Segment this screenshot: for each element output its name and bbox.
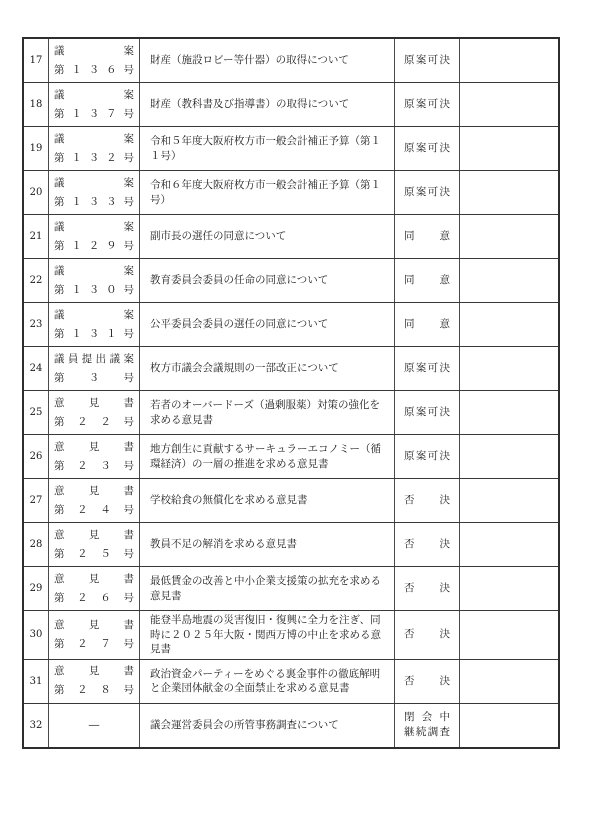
case-number-cell: 意見書 第２８号: [49, 660, 140, 703]
case-number-cell: 議案 第１３１号: [49, 303, 140, 346]
case-number-cell: ―: [49, 704, 140, 747]
agenda-title-cell: 最低賃金の改善と中小企業支援策の拡充を求める意見書: [140, 567, 395, 610]
row-number-cell: 25: [24, 391, 49, 434]
case-number-cell: 議員提出議案 第３号: [49, 347, 140, 390]
notes-cell-empty: [460, 611, 558, 659]
result-label-line1: 否決: [404, 493, 450, 508]
case-number-cell: 議案 第１３７号: [49, 83, 140, 126]
case-type-label: ―: [54, 716, 134, 735]
case-number-box: 議員提出議案 第３号: [54, 350, 134, 388]
row-number-cell: 19: [24, 127, 49, 170]
agenda-title: 公平委員会委員の選任の同意について: [150, 317, 384, 332]
case-number-box: 議案 第１３６号: [54, 42, 134, 80]
case-number-label: 第２５号: [54, 545, 134, 564]
result-box: 否決: [404, 581, 450, 596]
row-number-cell: 32: [24, 704, 49, 747]
case-number-cell: 議案 第１３３号: [49, 171, 140, 214]
case-number-cell: 意見書 第２４号: [49, 479, 140, 522]
table-row: 22 議案 第１３０号 教育委員会委員の任命の同意について 同意: [24, 259, 558, 303]
row-number: 27: [30, 495, 43, 506]
notes-cell-empty: [460, 391, 558, 434]
result-label-line1: 同意: [404, 317, 450, 332]
table-row: 17 議案 第１３６号 財産（施設ロビー等什器）の取得について 原案可決: [24, 39, 558, 83]
case-number-label: 第１３３号: [54, 193, 134, 212]
case-number-cell: 意見書 第２６号: [49, 567, 140, 610]
agenda-title-cell: 能登半島地震の災害復旧・復興に全力を注ぎ、同時に２０２５年大阪・関西万博の中止を…: [140, 611, 395, 659]
case-type-label: 議案: [54, 262, 134, 281]
table-row: 26 意見書 第２３号 地方創生に貢献するサーキュラーエコノミー（循環経済）の一…: [24, 435, 558, 479]
row-number-cell: 18: [24, 83, 49, 126]
case-type-label: 議案: [54, 218, 134, 237]
result-box: 同意: [404, 229, 450, 244]
agenda-title-cell: 地方創生に貢献するサーキュラーエコノミー（循環経済）の一層の推進を求める意見書: [140, 435, 395, 478]
result-cell: 否決: [395, 611, 460, 659]
agenda-title: 議会運営委員会の所管事務調査について: [150, 718, 384, 733]
notes-cell-empty: [460, 435, 558, 478]
case-type-label: 意見書: [54, 482, 134, 501]
agenda-title-cell: 令和５年度大阪府枚方市一般会計補正予算（第１１号）: [140, 127, 395, 170]
document-page: 17 議案 第１３６号 財産（施設ロビー等什器）の取得について 原案可決 18 …: [0, 0, 591, 830]
case-number-label: 第３号: [54, 369, 134, 388]
case-number-box: 議案 第１２９号: [54, 218, 134, 256]
table-row: 31 意見書 第２８号 政治資金パーティーをめぐる裏金事件の徹底解明と企業団体献…: [24, 660, 558, 704]
agenda-title-cell: 若者のオーバードーズ（過剰服薬）対策の強化を求める意見書: [140, 391, 395, 434]
notes-cell-empty: [460, 347, 558, 390]
result-label-line1: 原案可決: [404, 405, 450, 420]
result-box: 原案可決: [404, 185, 450, 200]
result-label-line2: 継続調査: [404, 725, 450, 740]
result-label-line1: 否決: [404, 581, 450, 596]
result-cell: 原案可決: [395, 83, 460, 126]
result-cell: 原案可決: [395, 347, 460, 390]
row-number: 26: [30, 451, 43, 462]
case-number-box: 議案 第１３２号: [54, 130, 134, 168]
row-number: 18: [30, 99, 43, 110]
row-number: 30: [30, 629, 43, 640]
table-row: 18 議案 第１３７号 財産（教科書及び指導書）の取得について 原案可決: [24, 83, 558, 127]
row-number: 31: [30, 676, 43, 687]
notes-cell-empty: [460, 39, 558, 82]
result-label-line1: 原案可決: [404, 97, 450, 112]
agenda-title: 財産（施設ロビー等什器）の取得について: [150, 53, 384, 68]
agenda-title: 枚方市議会会議規則の一部改正について: [150, 361, 384, 376]
result-box: 閉会中 継続調査: [404, 710, 450, 740]
result-label-line1: 原案可決: [404, 141, 450, 156]
case-number-box: 議案 第１３３号: [54, 174, 134, 212]
row-number: 24: [30, 363, 43, 374]
result-cell: 原案可決: [395, 435, 460, 478]
agenda-title: 教員不足の解消を求める意見書: [150, 537, 384, 552]
row-number: 19: [30, 143, 43, 154]
row-number-cell: 31: [24, 660, 49, 703]
case-type-label: 意見書: [54, 526, 134, 545]
agenda-title-cell: 副市長の選任の同意について: [140, 215, 395, 258]
case-number-box: 議案 第１３０号: [54, 262, 134, 300]
result-cell: 否決: [395, 567, 460, 610]
table-row: 19 議案 第１３２号 令和５年度大阪府枚方市一般会計補正予算（第１１号） 原案…: [24, 127, 558, 171]
case-number-cell: 意見書 第２２号: [49, 391, 140, 434]
case-number-label: 第２４号: [54, 501, 134, 520]
case-number-box: 意見書 第２２号: [54, 394, 134, 432]
result-label-line1: 原案可決: [404, 185, 450, 200]
case-type-label: 議案: [54, 306, 134, 325]
agenda-title-cell: 令和６年度大阪府枚方市一般会計補正予算（第１号）: [140, 171, 395, 214]
row-number-cell: 30: [24, 611, 49, 659]
result-label-line1: 同意: [404, 273, 450, 288]
case-number-label: 第１３７号: [54, 105, 134, 124]
row-number-cell: 17: [24, 39, 49, 82]
notes-cell-empty: [460, 259, 558, 302]
notes-cell-empty: [460, 567, 558, 610]
result-box: 原案可決: [404, 97, 450, 112]
result-cell: 同意: [395, 215, 460, 258]
agenda-title: 教育委員会委員の任命の同意について: [150, 273, 384, 288]
case-number-cell: 意見書 第２５号: [49, 523, 140, 566]
case-number-box: 意見書 第２７号: [54, 616, 134, 654]
agenda-title-cell: 公平委員会委員の選任の同意について: [140, 303, 395, 346]
result-box: 同意: [404, 273, 450, 288]
agenda-title: 令和６年度大阪府枚方市一般会計補正予算（第１号）: [150, 178, 384, 207]
case-type-label: 議案: [54, 86, 134, 105]
case-number-label: 第２８号: [54, 681, 134, 700]
agenda-title: 学校給食の無償化を求める意見書: [150, 493, 384, 508]
agenda-title-cell: 学校給食の無償化を求める意見書: [140, 479, 395, 522]
result-label-line1: 原案可決: [404, 53, 450, 68]
table-row: 24 議員提出議案 第３号 枚方市議会会議規則の一部改正について 原案可決: [24, 347, 558, 391]
case-number-cell: 議案 第１３６号: [49, 39, 140, 82]
result-box: 否決: [404, 674, 450, 689]
row-number-cell: 27: [24, 479, 49, 522]
agenda-title: 能登半島地震の災害復旧・復興に全力を注ぎ、同時に２０２５年大阪・関西万博の中止を…: [150, 613, 384, 657]
notes-cell-empty: [460, 660, 558, 703]
row-number-cell: 24: [24, 347, 49, 390]
case-number-cell: 意見書 第２７号: [49, 611, 140, 659]
result-cell: 原案可決: [395, 39, 460, 82]
table-row: 21 議案 第１２９号 副市長の選任の同意について 同意: [24, 215, 558, 259]
result-box: 否決: [404, 493, 450, 508]
result-cell: 閉会中 継続調査: [395, 704, 460, 747]
row-number-cell: 20: [24, 171, 49, 214]
case-type-label: 意見書: [54, 570, 134, 589]
case-number-label: 第１３６号: [54, 61, 134, 80]
notes-cell-empty: [460, 215, 558, 258]
row-number: 17: [30, 55, 43, 66]
table-row: 20 議案 第１３３号 令和６年度大阪府枚方市一般会計補正予算（第１号） 原案可…: [24, 171, 558, 215]
result-cell: 原案可決: [395, 127, 460, 170]
case-number-box: 意見書 第２４号: [54, 482, 134, 520]
notes-cell-empty: [460, 479, 558, 522]
agenda-title: 政治資金パーティーをめぐる裏金事件の徹底解明と企業団体献金の全面禁止を求める意見…: [150, 667, 384, 696]
result-cell: 否決: [395, 523, 460, 566]
table-row: 30 意見書 第２７号 能登半島地震の災害復旧・復興に全力を注ぎ、同時に２０２５…: [24, 611, 558, 660]
agenda-title-cell: 教育委員会委員の任命の同意について: [140, 259, 395, 302]
agenda-title-cell: 政治資金パーティーをめぐる裏金事件の徹底解明と企業団体献金の全面禁止を求める意見…: [140, 660, 395, 703]
agenda-title: 財産（教科書及び指導書）の取得について: [150, 97, 384, 112]
table-row: 29 意見書 第２６号 最低賃金の改善と中小企業支援策の拡充を求める意見書 否決: [24, 567, 558, 611]
agenda-title: 令和５年度大阪府枚方市一般会計補正予算（第１１号）: [150, 134, 384, 163]
case-number-cell: 意見書 第２３号: [49, 435, 140, 478]
result-cell: 原案可決: [395, 391, 460, 434]
case-type-label: 意見書: [54, 394, 134, 413]
case-type-label: 議案: [54, 130, 134, 149]
case-number-label: 第１３０号: [54, 281, 134, 300]
case-number-label: 第２２号: [54, 413, 134, 432]
case-number-cell: 議案 第１３２号: [49, 127, 140, 170]
case-number-box: 意見書 第２５号: [54, 526, 134, 564]
case-type-label: 意見書: [54, 662, 134, 681]
case-number-box: 意見書 第２６号: [54, 570, 134, 608]
result-box: 否決: [404, 537, 450, 552]
row-number: 20: [30, 187, 43, 198]
row-number: 25: [30, 407, 43, 418]
result-box: 同意: [404, 317, 450, 332]
result-label-line1: 同意: [404, 229, 450, 244]
result-box: 原案可決: [404, 53, 450, 68]
case-number-label: 第２６号: [54, 589, 134, 608]
result-label-line1: 否決: [404, 537, 450, 552]
row-number-cell: 26: [24, 435, 49, 478]
case-number-box: 意見書 第２８号: [54, 662, 134, 700]
table-row: 32 ― 議会運営委員会の所管事務調査について 閉会中 継続調査: [24, 704, 558, 747]
case-type-label: 議案: [54, 42, 134, 61]
notes-cell-empty: [460, 523, 558, 566]
agenda-title-cell: 教員不足の解消を求める意見書: [140, 523, 395, 566]
agenda-title-cell: 財産（施設ロビー等什器）の取得について: [140, 39, 395, 82]
result-cell: 原案可決: [395, 171, 460, 214]
result-cell: 同意: [395, 303, 460, 346]
case-number-label: 第１３２号: [54, 149, 134, 168]
case-number-label: 第２３号: [54, 457, 134, 476]
row-number: 29: [30, 583, 43, 594]
table-row: 25 意見書 第２２号 若者のオーバードーズ（過剰服薬）対策の強化を求める意見書…: [24, 391, 558, 435]
agenda-title-cell: 枚方市議会会議規則の一部改正について: [140, 347, 395, 390]
notes-cell-empty: [460, 704, 558, 747]
row-number-cell: 23: [24, 303, 49, 346]
case-number-box: 意見書 第２３号: [54, 438, 134, 476]
case-number-cell: 議案 第１２９号: [49, 215, 140, 258]
notes-cell-empty: [460, 83, 558, 126]
row-number: 21: [30, 231, 43, 242]
case-number-label: 第２７号: [54, 635, 134, 654]
case-number-cell: 議案 第１３０号: [49, 259, 140, 302]
case-type-label: 議案: [54, 174, 134, 193]
case-type-label: 意見書: [54, 616, 134, 635]
result-label-line1: 原案可決: [404, 449, 450, 464]
result-label-line1: 否決: [404, 674, 450, 689]
result-box: 原案可決: [404, 141, 450, 156]
table-row: 28 意見書 第２５号 教員不足の解消を求める意見書 否決: [24, 523, 558, 567]
agenda-title: 最低賃金の改善と中小企業支援策の拡充を求める意見書: [150, 574, 384, 603]
row-number: 23: [30, 319, 43, 330]
row-number-cell: 21: [24, 215, 49, 258]
case-type-label: 議員提出議案: [54, 350, 134, 369]
agenda-title: 副市長の選任の同意について: [150, 229, 384, 244]
row-number: 32: [30, 720, 43, 731]
result-box: 原案可決: [404, 449, 450, 464]
case-number-box: 議案 第１３７号: [54, 86, 134, 124]
notes-cell-empty: [460, 171, 558, 214]
agenda-title-cell: 財産（教科書及び指導書）の取得について: [140, 83, 395, 126]
row-number: 28: [30, 539, 43, 550]
agenda-title: 若者のオーバードーズ（過剰服薬）対策の強化を求める意見書: [150, 398, 384, 427]
row-number: 22: [30, 275, 43, 286]
result-label-line1: 否決: [404, 627, 450, 642]
table-row: 27 意見書 第２４号 学校給食の無償化を求める意見書 否決: [24, 479, 558, 523]
table-row: 23 議案 第１３１号 公平委員会委員の選任の同意について 同意: [24, 303, 558, 347]
row-number-cell: 29: [24, 567, 49, 610]
notes-cell-empty: [460, 127, 558, 170]
result-label-line1: 原案可決: [404, 361, 450, 376]
result-label-line1: 閉会中: [404, 710, 450, 725]
result-cell: 否決: [395, 479, 460, 522]
case-number-label: 第１２９号: [54, 237, 134, 256]
agenda-title: 地方創生に貢献するサーキュラーエコノミー（循環経済）の一層の推進を求める意見書: [150, 442, 384, 471]
case-number-box: 議案 第１３１号: [54, 306, 134, 344]
case-type-label: 意見書: [54, 438, 134, 457]
result-box: 否決: [404, 627, 450, 642]
result-cell: 同意: [395, 259, 460, 302]
result-box: 原案可決: [404, 405, 450, 420]
result-box: 原案可決: [404, 361, 450, 376]
row-number-cell: 28: [24, 523, 49, 566]
case-number-label: 第１３１号: [54, 325, 134, 344]
agenda-title-cell: 議会運営委員会の所管事務調査について: [140, 704, 395, 747]
agenda-results-table: 17 議案 第１３６号 財産（施設ロビー等什器）の取得について 原案可決 18 …: [22, 37, 560, 749]
case-number-box: ―: [54, 716, 134, 735]
notes-cell-empty: [460, 303, 558, 346]
result-cell: 否決: [395, 660, 460, 703]
row-number-cell: 22: [24, 259, 49, 302]
